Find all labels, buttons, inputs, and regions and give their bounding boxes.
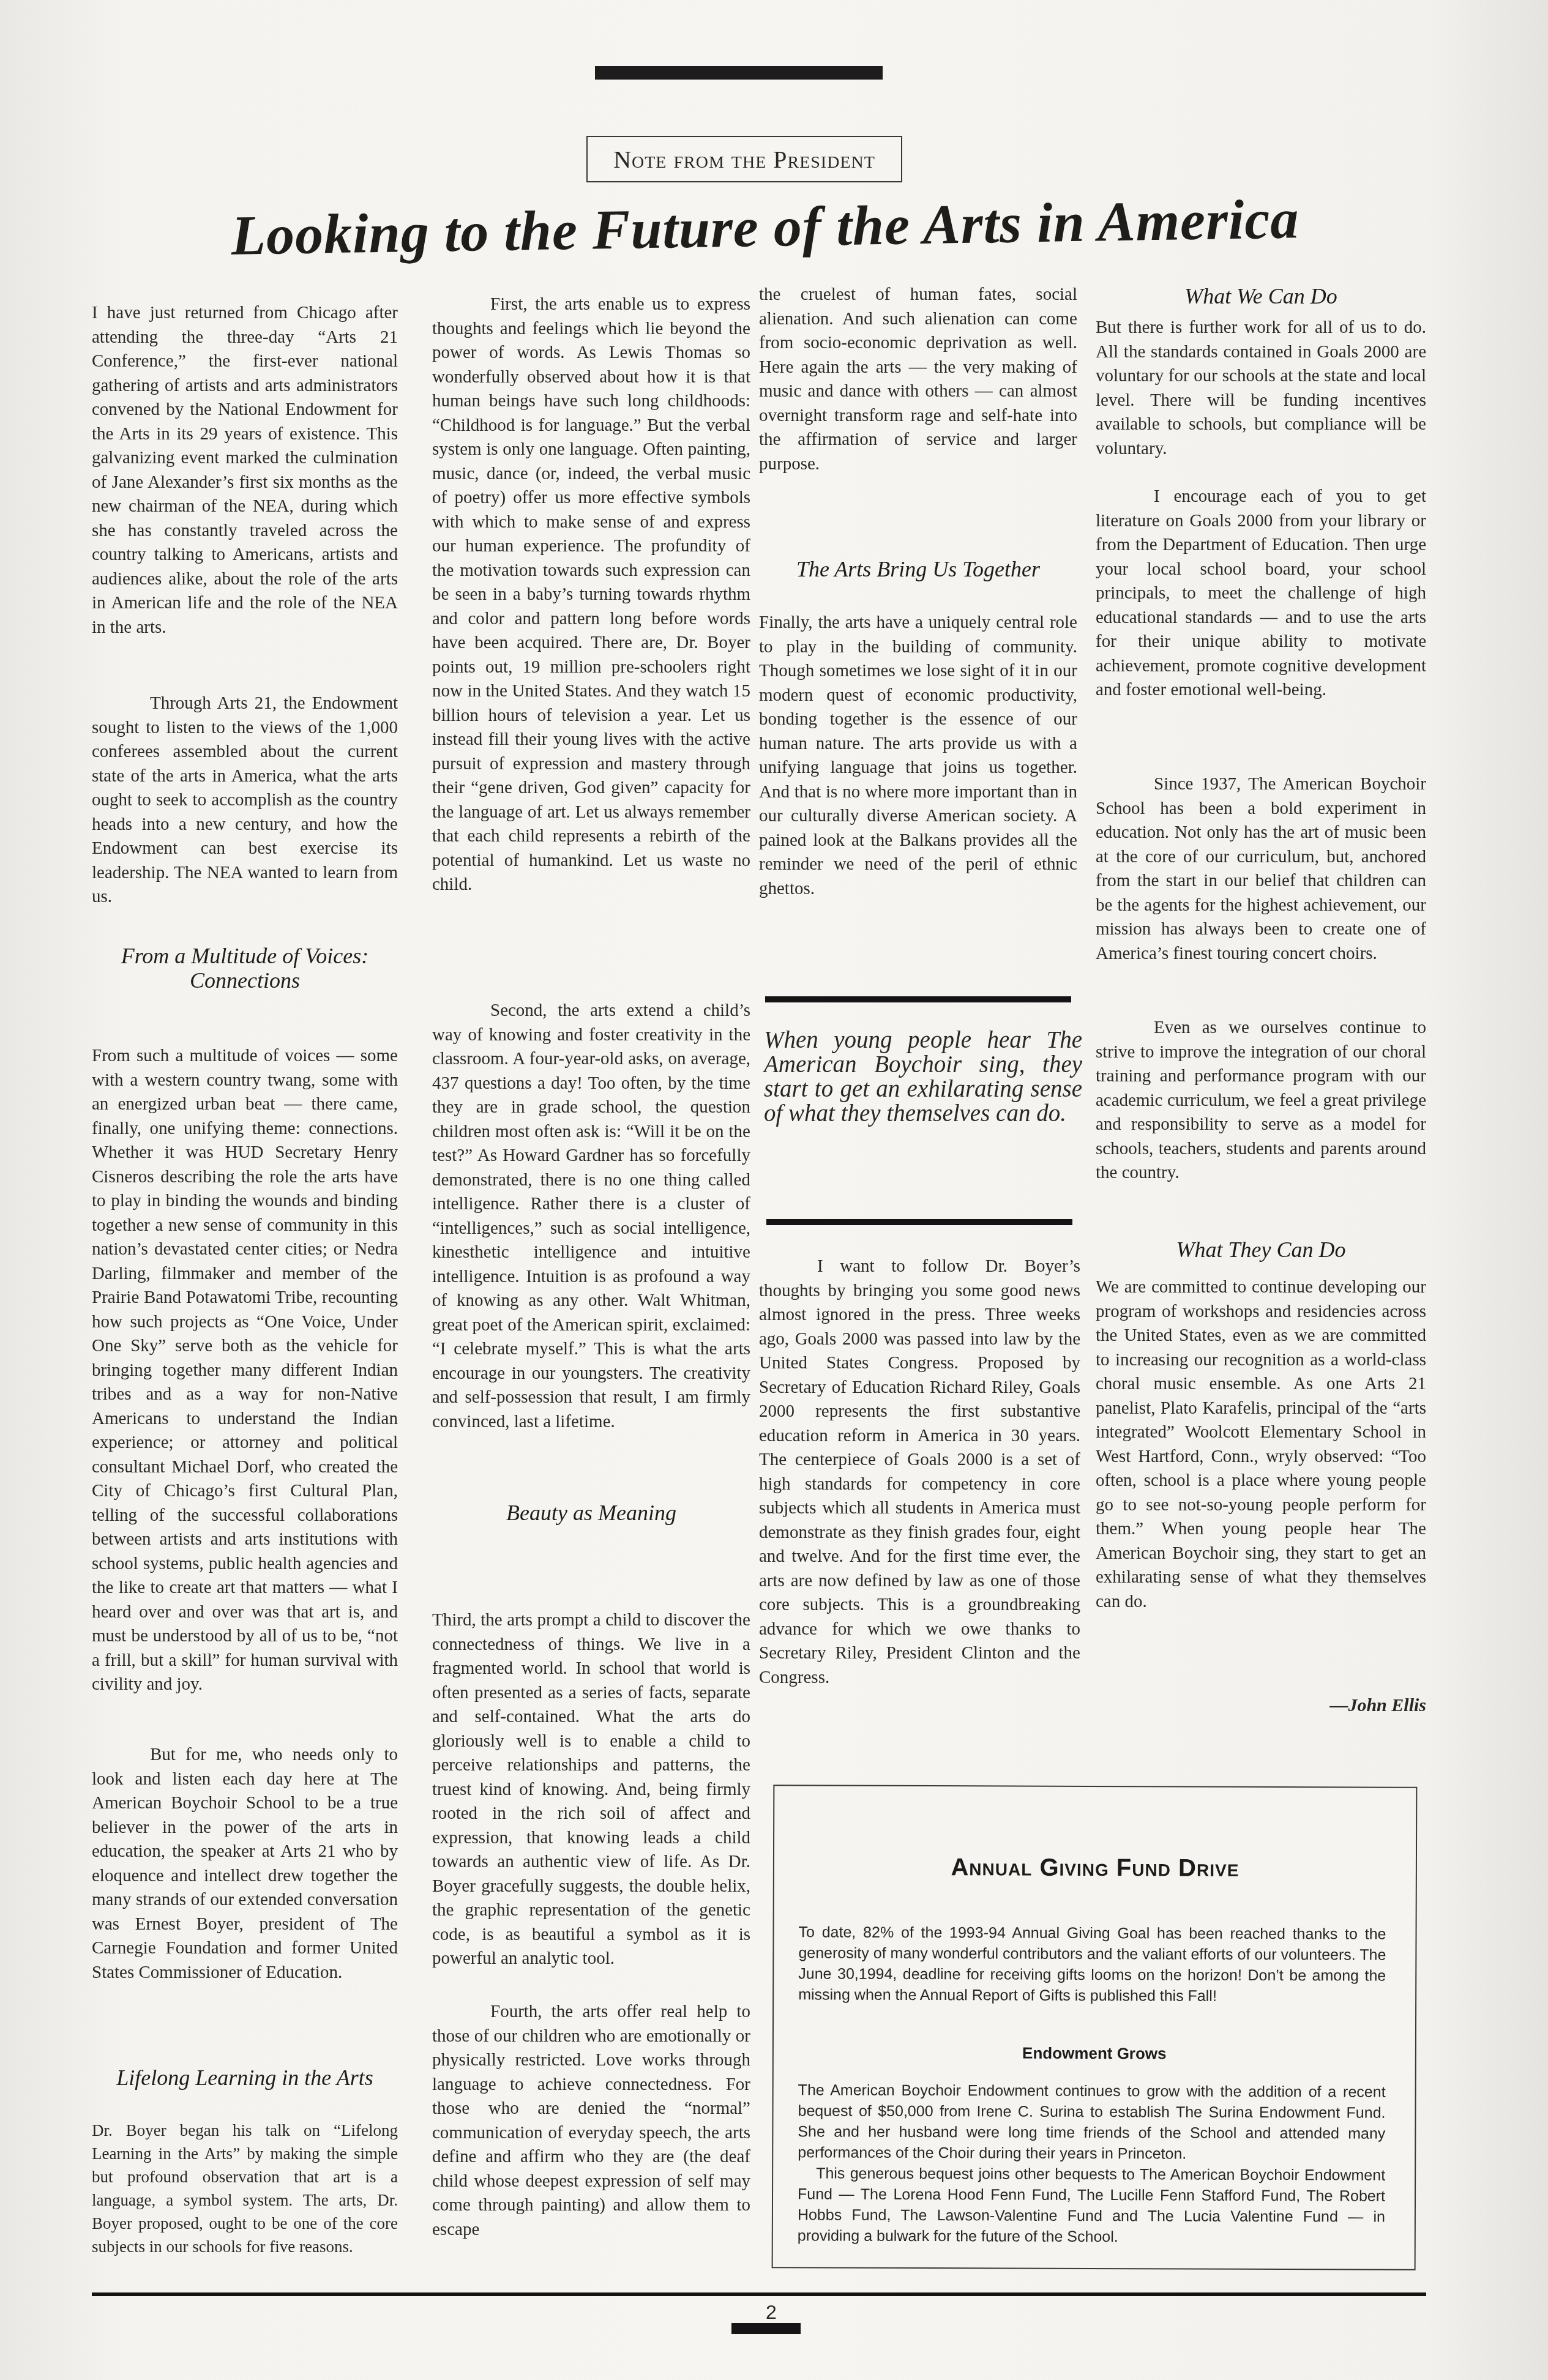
subheading-what-we-can-do: What We Can Do — [1096, 284, 1426, 308]
headline: Looking to the Future of the Arts in Ame… — [183, 185, 1347, 269]
author-signature: —John Ellis — [1096, 1695, 1426, 1716]
section-label: Note from the President — [586, 136, 902, 182]
page-number: 2 — [753, 2301, 790, 2324]
top-decorative-bar — [595, 66, 883, 80]
third-reason-paragraph: Third, the arts prompt a child to discov… — [432, 1608, 750, 1971]
voluntary-standards-paragraph: But there is further work for all of us … — [1096, 316, 1426, 461]
pull-quote: When young people hear The American Boyc… — [764, 1028, 1082, 1126]
pullquote-top-rule — [765, 996, 1071, 1002]
second-reason-paragraph: Second, the arts extend a child’s way of… — [432, 999, 750, 1434]
page-number-bar — [731, 2323, 801, 2334]
subheading-lifelong-learning: Lifelong Learning in the Arts — [92, 2065, 398, 2090]
even-as-paragraph: Even as we ourselves continue to strive … — [1096, 1016, 1426, 1185]
first-reason-paragraph: First, the arts enable us to express tho… — [432, 293, 750, 897]
fourth-reason-paragraph: Fourth, the arts offer real help to thos… — [432, 2000, 750, 2242]
community-paragraph: Finally, the arts have a uniquely centra… — [759, 611, 1077, 901]
alienation-paragraph: the cruelest of human fates, social alie… — [759, 283, 1077, 476]
subheading-beauty-as-meaning: Beauty as Meaning — [432, 1501, 750, 1525]
workshops-paragraph: We are committed to continue developing … — [1096, 1275, 1426, 1614]
subheading-arts-bring-us-together: The Arts Bring Us Together — [759, 557, 1077, 581]
annual-giving-title: Annual Giving Fund Drive — [774, 1853, 1416, 1883]
lifelong-learning-paragraph: Dr. Boyer began his talk on “Lifelong Le… — [92, 2119, 398, 2258]
footer-rule — [92, 2292, 1426, 2296]
pullquote-bottom-rule — [766, 1219, 1072, 1225]
subheading-what-they-can-do: What They Can Do — [1096, 1237, 1426, 1262]
subheading-multitude-of-voices: From a Multitude of Voices: Connections — [92, 944, 398, 993]
arts21-paragraph: Through Arts 21, the Endowment sought to… — [92, 692, 398, 909]
newsletter-page: Note from the President Looking to the F… — [0, 0, 1548, 2380]
encourage-paragraph: I encourage each of you to get literatur… — [1096, 485, 1426, 703]
endowment-grows-heading: Endowment Grows — [774, 2043, 1415, 2064]
since-1937-paragraph: Since 1937, The American Boychoir School… — [1096, 772, 1426, 966]
annual-giving-paragraph: To date, 82% of the 1993-94 Annual Givin… — [798, 1922, 1386, 2007]
intro-paragraph: I have just returned from Chicago after … — [92, 301, 398, 640]
goals-2000-paragraph: I want to follow Dr. Boyer’s thoughts by… — [759, 1255, 1080, 1690]
boyer-intro-paragraph: But for me, who needs only to look and l… — [92, 1743, 398, 1985]
endowment-paragraph: The American Boychoir Endowment continue… — [798, 2080, 1385, 2165]
connections-paragraph: From such a multitude of voices — some w… — [92, 1044, 398, 1697]
bequests-paragraph: This generous bequest joins other beques… — [798, 2163, 1385, 2248]
annual-giving-box: Annual Giving Fund Drive To date, 82% of… — [772, 1785, 1418, 2270]
